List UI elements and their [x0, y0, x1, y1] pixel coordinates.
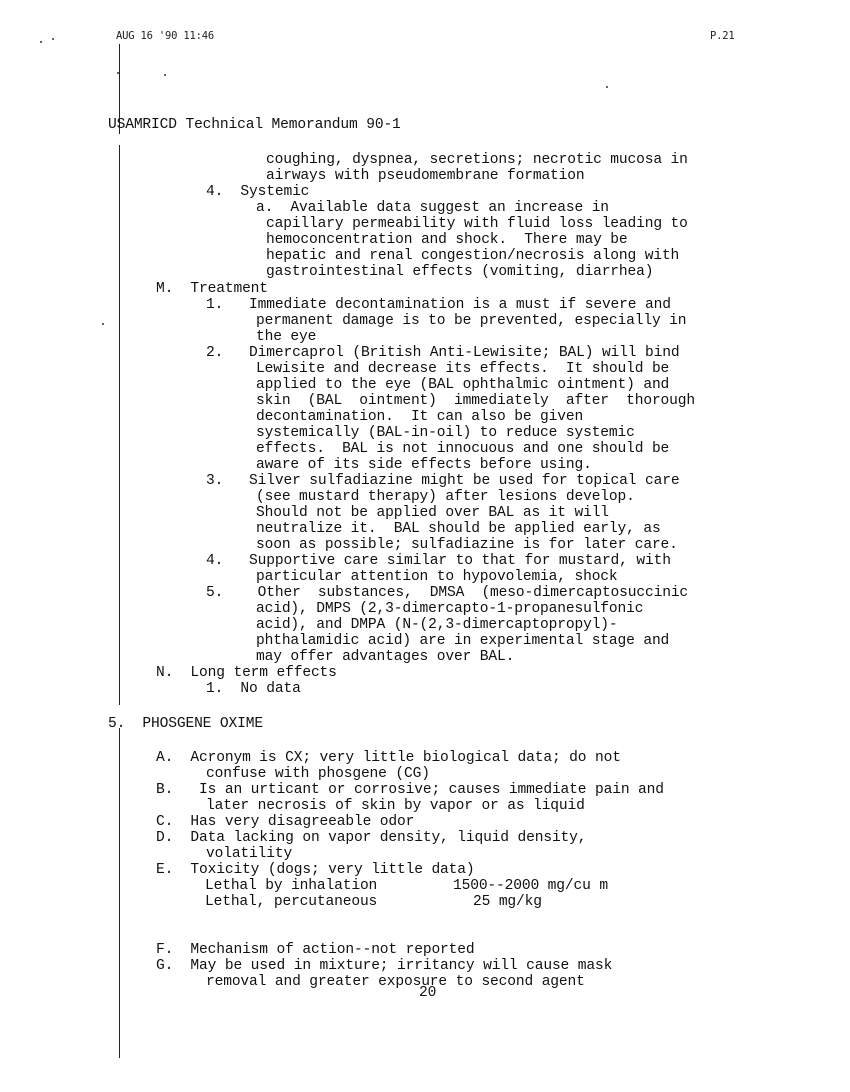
text-line: phthalamidic acid) are in experimental s… [256, 633, 669, 649]
text-line: N. Long term effects [156, 665, 337, 681]
text-line: F. Mechanism of action--not reported [156, 942, 474, 958]
text-line: (see mustard therapy) after lesions deve… [256, 489, 635, 505]
text-line: Lewisite and decrease its effects. It sh… [256, 361, 669, 377]
scan-speck [606, 86, 608, 88]
text-line: gastrointestinal effects (vomiting, diar… [266, 264, 653, 280]
text-line: airways with pseudomembrane formation [266, 168, 584, 184]
text-line: 3. Silver sulfadiazine might be used for… [206, 473, 679, 489]
text-line: 1. No data [206, 681, 301, 697]
text-line: removal and greater exposure to second a… [206, 974, 585, 990]
text-line: 5. Other substances, DMSA (meso-dimercap… [206, 585, 688, 601]
text-line: neutralize it. BAL should be applied ear… [256, 521, 661, 537]
text-line: may offer advantages over BAL. [256, 649, 514, 665]
scan-speck [117, 72, 119, 74]
text-line: M. Treatment [156, 281, 268, 297]
text-line: B. Is an urticant or corrosive; causes i… [156, 782, 664, 798]
text-line: skin (BAL ointment) immediately after th… [256, 393, 695, 409]
scan-speck [52, 38, 54, 40]
text-line: acid), DMPS (2,3-dimercapto-1-propanesul… [256, 601, 643, 617]
text-line: a. Available data suggest an increase in [256, 200, 609, 216]
text-line: E. Toxicity (dogs; very little data) [156, 862, 474, 878]
text-line: particular attention to hypovolemia, sho… [256, 569, 618, 585]
text-line: effects. BAL is not innocuous and one sh… [256, 441, 669, 457]
scan-speck [164, 74, 166, 76]
scan-speck [102, 323, 104, 325]
text-line: A. Acronym is CX; very little biological… [156, 750, 621, 766]
text-line: decontamination. It can also be given [256, 409, 583, 425]
margin-bar [119, 145, 120, 705]
text-line: G. May be used in mixture; irritancy wil… [156, 958, 612, 974]
text-line: hemoconcentration and shock. There may b… [266, 232, 628, 248]
text-line: soon as possible; sulfadiazine is for la… [256, 537, 678, 553]
fax-timestamp: AUG 16 '90 11:46 [116, 30, 214, 42]
fax-page-number: P.21 [710, 30, 735, 42]
text-line: confuse with phosgene (CG) [206, 766, 430, 782]
text-line: permanent damage is to be prevented, esp… [256, 313, 686, 329]
toxicity-value: 1500--2000 mg/cu m [453, 878, 608, 894]
text-line: hepatic and renal congestion/necrosis al… [266, 248, 679, 264]
text-line: capillary permeability with fluid loss l… [266, 216, 688, 232]
text-line: C. Has very disagreeable odor [156, 814, 414, 830]
document-header: USAMRICD Technical Memorandum 90-1 [108, 117, 401, 133]
text-line: Should not be applied over BAL as it wil… [256, 505, 609, 521]
text-line: the eye [256, 329, 316, 345]
toxicity-route: Lethal, percutaneous [205, 894, 377, 910]
toxicity-route: Lethal by inhalation [205, 878, 377, 894]
text-line: later necrosis of skin by vapor or as li… [206, 798, 585, 814]
text-line: aware of its side effects before using. [256, 457, 592, 473]
text-line: D. Data lacking on vapor density, liquid… [156, 830, 586, 846]
text-line: 4. Systemic [206, 184, 309, 200]
page-number: 20 [419, 985, 436, 1001]
margin-bar [119, 728, 120, 1058]
text-line: 2. Dimercaprol (British Anti-Lewisite; B… [206, 345, 679, 361]
text-line: systemically (BAL-in-oil) to reduce syst… [256, 425, 635, 441]
toxicity-value: 25 mg/kg [473, 894, 542, 910]
scan-speck [40, 41, 42, 43]
text-line: 5. PHOSGENE OXIME [108, 716, 263, 732]
text-line: acid), and DMPA (N-(2,3-dimercaptopropyl… [256, 617, 618, 633]
text-line: volatility [206, 846, 292, 862]
text-line: coughing, dyspnea, secretions; necrotic … [266, 152, 688, 168]
text-line: 1. Immediate decontamination is a must i… [206, 297, 671, 313]
text-line: 4. Supportive care similar to that for m… [206, 553, 671, 569]
text-line: applied to the eye (BAL ophthalmic ointm… [256, 377, 669, 393]
